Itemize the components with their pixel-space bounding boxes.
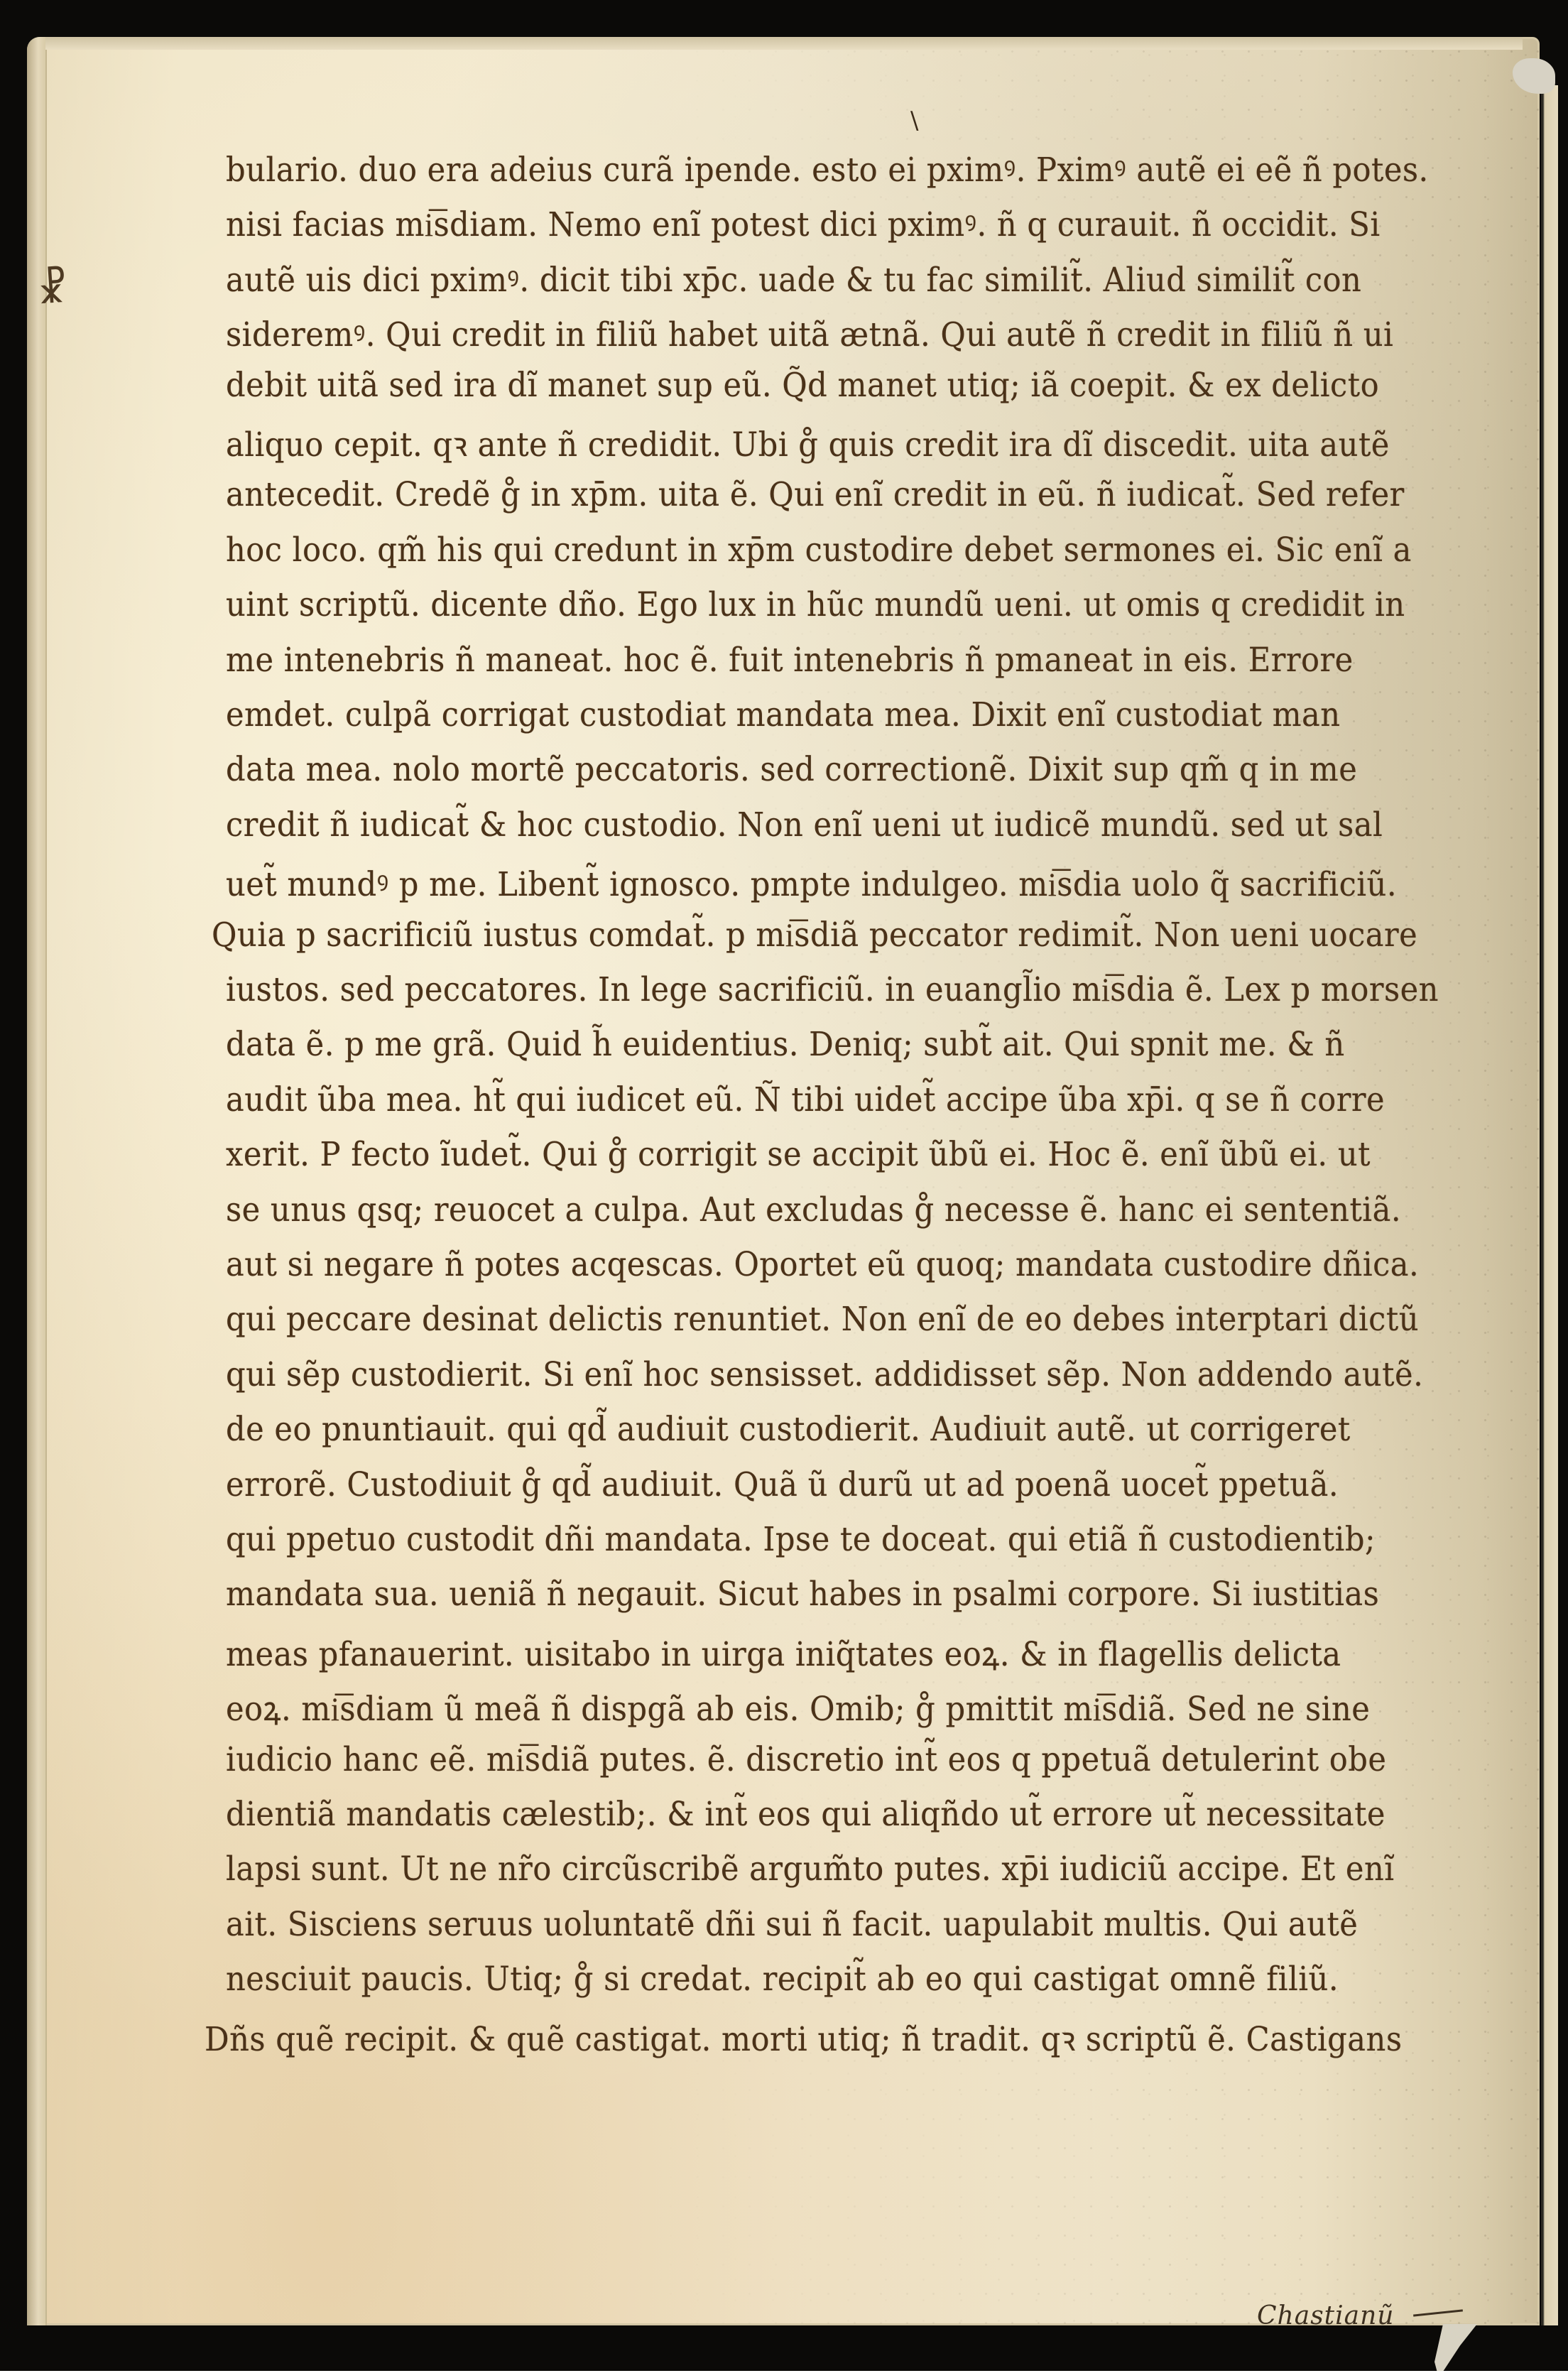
- scan-bottom-margin: [0, 2371, 1568, 2378]
- text-line: xerit. P fecto ĩudet̃. Qui g̊ corrigit s…: [226, 1135, 1371, 1174]
- text-line: debit uitã sed ira dĩ manet sup eũ. Q̃d …: [226, 366, 1379, 405]
- text-line: de eo pnuntiauit. qui qd̃ audiuit custod…: [226, 1410, 1351, 1449]
- text-line: bulario. duo era adeius curã ipende. est…: [226, 146, 1429, 191]
- text-line: aut si negare ñ potes acqescas. Oportet …: [226, 1245, 1419, 1284]
- text-line: uet̃ mundꝰ p me. Libent̃ ignosco. pmpte …: [226, 860, 1397, 906]
- page-right-edge: [1541, 85, 1558, 2325]
- catchword: Chastianũ: [1257, 2301, 1394, 2330]
- text-line: ait. Sisciens seruus uoluntatẽ dñi sui ñ…: [226, 1905, 1358, 1944]
- text-line: iustos. sed peccatores. In lege sacrific…: [226, 970, 1439, 1009]
- text-line: lapsi sunt. Ut ne nr̃o circũscribẽ argum…: [226, 1850, 1395, 1889]
- text-line: nesciuit paucis. Utiq; g̊ si credat. rec…: [226, 1960, 1339, 1999]
- text-line: credit ñ iudicat̃ & hoc custodio. Non en…: [226, 805, 1383, 845]
- text-line: data ẽ. p me grã. Quid h̃ euidentius. De…: [226, 1025, 1345, 1064]
- text-line: Quia p sacrificiũ iustus comdat̃. p mi͞s…: [212, 916, 1417, 955]
- text-line: eoꝝ. mi͞sdiam ũ meã ñ dispgã ab eis. Omi…: [226, 1685, 1370, 1730]
- text-line: uint scriptũ. dicente dño. Ego lux in hũ…: [226, 585, 1405, 624]
- text-line: se unus qsq; reuocet a culpa. Aut exclud…: [226, 1190, 1401, 1229]
- text-line: sideremꝰ. Qui credit in filiũ habet uitã…: [226, 310, 1393, 356]
- text-line: data mea. nolo mortẽ peccatoris. sed cor…: [226, 750, 1357, 789]
- text-line: errorẽ. Custodiuit g̊ qd̃ audiuit. Quã ũ…: [226, 1465, 1339, 1504]
- text-line: hoc loco. qm̃ his qui credunt in xp̄m cu…: [226, 531, 1412, 570]
- text-line: emdet. culpã corrigat custodiat mandata …: [226, 695, 1341, 734]
- text-line: nisi facias mi͞sdiam. Nemo enĩ potest di…: [226, 200, 1381, 246]
- text-line: qui ppetuo custodit dñi mandata. Ipse te…: [226, 1520, 1376, 1559]
- text-line: iudicio hanc eẽ. mi͞sdiã putes. ẽ. discr…: [226, 1740, 1386, 1779]
- page-left-edge: [27, 37, 47, 2325]
- text-line: mandata sua. ueniã ñ negauit. Sicut habe…: [226, 1575, 1379, 1614]
- margin-nota-sign-icon: ☧: [36, 266, 70, 314]
- text-line: autẽ uis dici pximꝰ. dicit tibi xp̄c. ua…: [226, 256, 1361, 301]
- text-line: audit ũba mea. ht̃ qui iudicet eũ. Ñ tib…: [226, 1080, 1385, 1119]
- text-line: qui peccare desinat delictis renuntiet. …: [226, 1300, 1419, 1339]
- manuscript-scan: \ ☧ bulario. duo era adeius curã ipende.…: [0, 0, 1568, 2378]
- text-line: aliquo cepit. qꝛ ante ñ credidit. Ubi g̊…: [226, 420, 1390, 466]
- text-line: Dñs quẽ recipit. & quẽ castigat. morti u…: [205, 2015, 1403, 2061]
- top-mark: \: [910, 107, 918, 135]
- text-line: qui sẽp custodierit. Si enĩ hoc sensisse…: [226, 1355, 1423, 1394]
- text-line: antecedit. Credẽ g̊ in xp̄m. uita ẽ. Qui…: [226, 475, 1405, 514]
- text-line: dientiã mandatis cælestib;. & int̃ eos q…: [226, 1795, 1385, 1834]
- torn-fragment-bottom: [1434, 2324, 1477, 2378]
- text-line: me intenebris ñ maneat. hoc ẽ. fuit inte…: [226, 641, 1354, 680]
- text-line: meas pfanauerint. uisitabo in uirga iniq…: [226, 1630, 1341, 1676]
- page-top-edge: [45, 37, 1523, 50]
